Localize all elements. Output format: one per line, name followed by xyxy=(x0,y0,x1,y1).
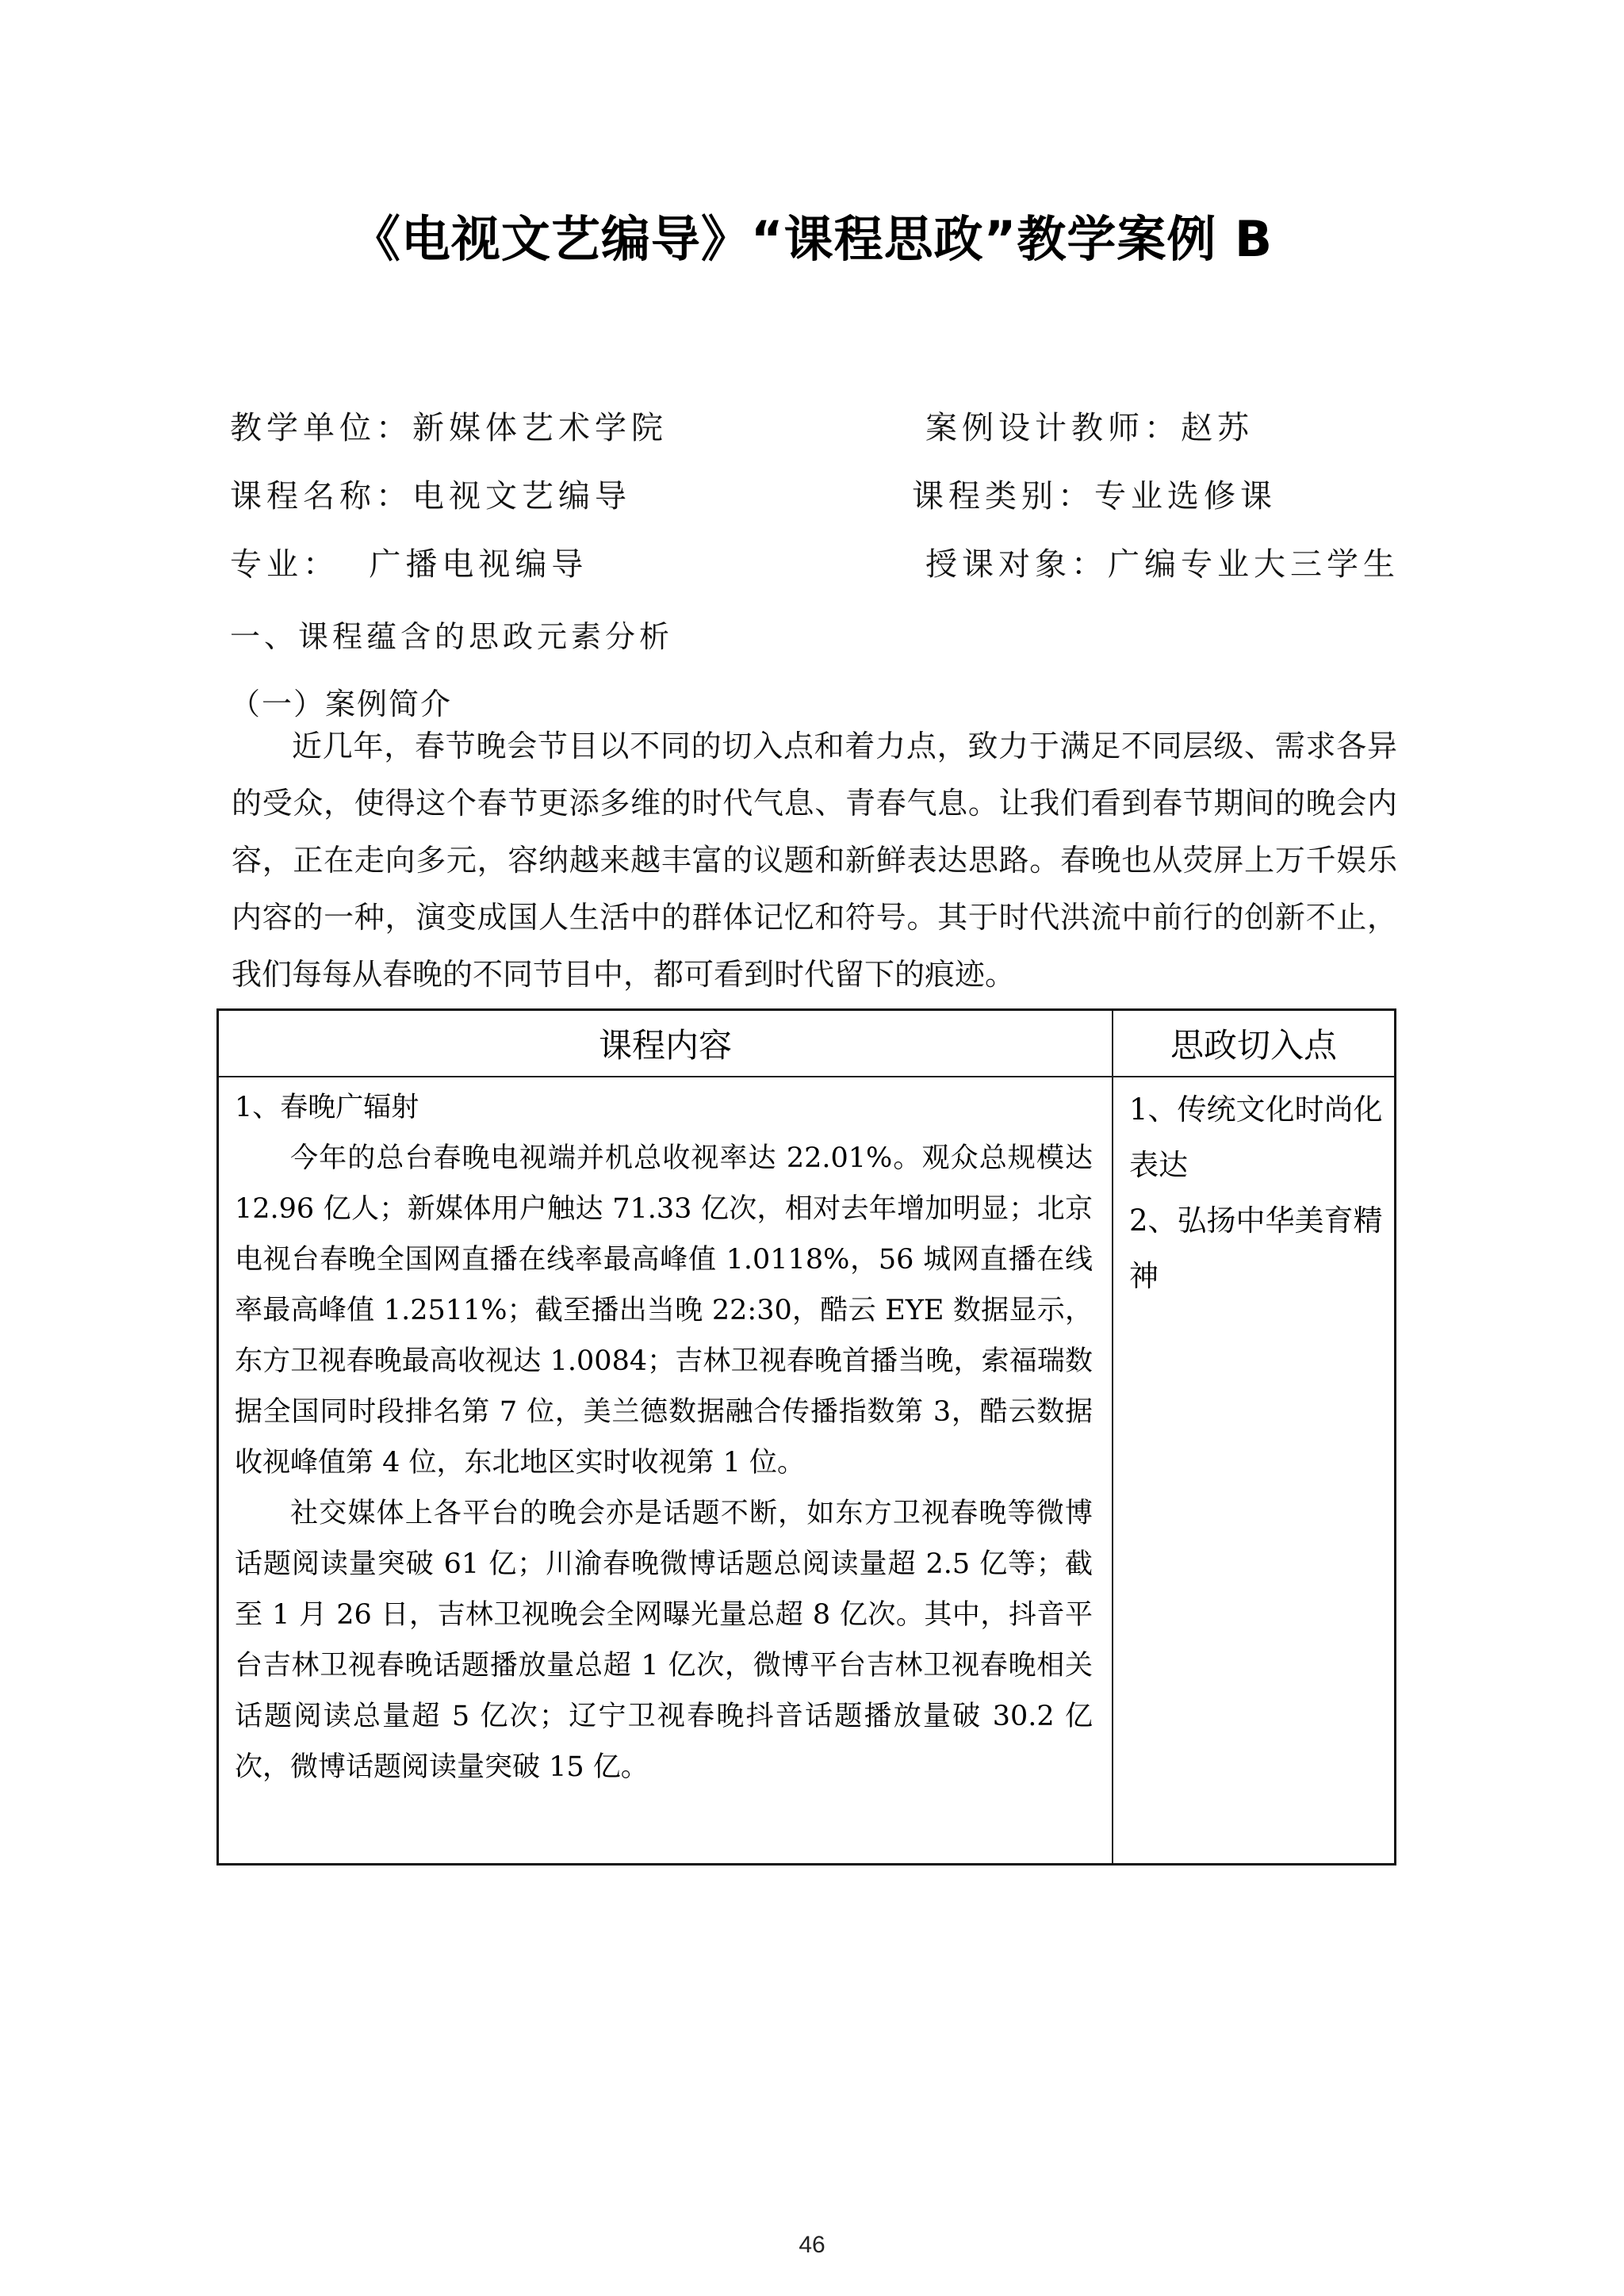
page-number: 46 xyxy=(0,2232,1624,2259)
point-item: 2、弘扬中华美育精神 xyxy=(1129,1193,1383,1304)
course-category: 课程类别：专业选修课 xyxy=(912,471,1277,516)
course-content-cell: 1、春晚广辐射 今年的总台春晚电视端并机总收视率达 22.01%。观众总规模达 … xyxy=(218,1077,1113,1865)
audience: 授课对象：广编专业大三学生 xyxy=(925,539,1400,584)
table-row: 1、春晚广辐射 今年的总台春晚电视端并机总收视率达 22.01%。观众总规模达 … xyxy=(218,1077,1396,1865)
sub-heading: （一）案例简介 xyxy=(230,679,452,723)
case-intro-paragraph: 近几年，春节晚会节目以不同的切入点和着力点，致力于满足不同层级、需求各异的受众，… xyxy=(232,717,1397,1003)
teaching-unit: 教学单位：新媒体艺术学院 xyxy=(230,403,668,448)
header-course-content: 课程内容 xyxy=(218,1010,1113,1077)
case-designer: 案例设计教师：赵苏 xyxy=(925,403,1254,448)
section-heading: 一、课程蕴含的思政元素分析 xyxy=(230,612,673,656)
course-table: 课程内容 思政切入点 1、春晚广辐射 今年的总台春晚电视端并机总收视率达 22.… xyxy=(216,1008,1396,1865)
document-title: 《电视文艺编导》“课程思政”教学案例 B xyxy=(0,200,1624,270)
course-name: 课程名称：电视文艺编导 xyxy=(230,471,631,516)
item-title: 1、春晚广辐射 xyxy=(235,1082,1093,1133)
content-paragraph-2: 社交媒体上各平台的晚会亦是话题不断，如东方卫视春晚等微博话题阅读量突破 61 亿… xyxy=(235,1488,1093,1793)
table-header-row: 课程内容 思政切入点 xyxy=(218,1010,1396,1077)
point-item: 1、传统文化时尚化表达 xyxy=(1129,1082,1383,1193)
ideological-points-cell: 1、传统文化时尚化表达 2、弘扬中华美育精神 xyxy=(1113,1077,1396,1865)
content-paragraph-1: 今年的总台春晚电视端并机总收视率达 22.01%。观众总规模达 12.96 亿人… xyxy=(235,1133,1093,1488)
header-ideological-point: 思政切入点 xyxy=(1113,1010,1396,1077)
major: 专业： 广播电视编导 xyxy=(230,539,588,584)
